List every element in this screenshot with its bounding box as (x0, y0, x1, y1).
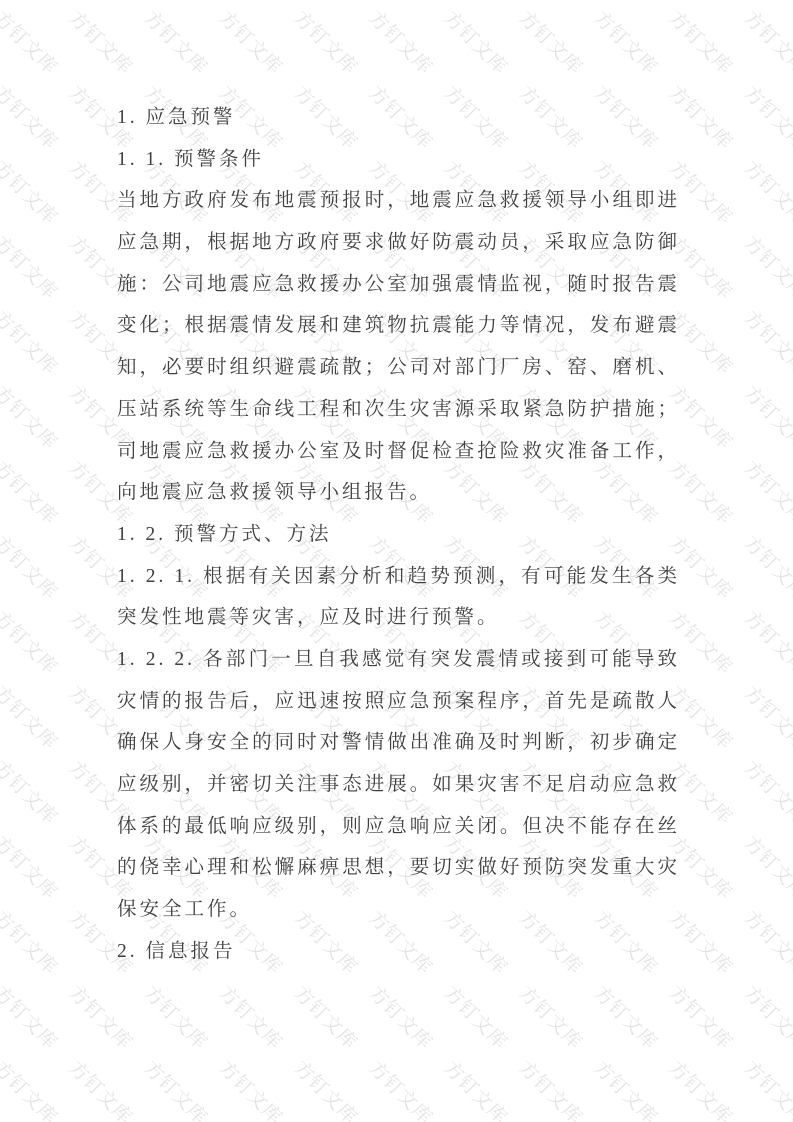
watermark-text: 方钉文库 (739, 904, 793, 980)
watermark-text: 方钉文库 (739, 979, 793, 1055)
watermark-text: 方钉文库 (0, 904, 65, 980)
watermark-text: 方钉文库 (0, 754, 65, 830)
watermark-text: 方钉文库 (139, 4, 215, 80)
text-line: 知，必要时组织避震疏散；公司对部门厂房、窑、磨机、降 (117, 347, 680, 389)
text-line: 保安全工作。 (117, 889, 680, 931)
watermark-text: 方钉文库 (0, 679, 65, 755)
text-line: 向地震应急救援领导小组报告。 (117, 472, 680, 514)
watermark-text: 方钉文库 (0, 1054, 65, 1122)
watermark-text: 方钉文库 (514, 4, 590, 80)
text-line: 压站系统等生命线工程和次生灾害源采取紧急防护措施；公 (117, 389, 680, 431)
watermark-text: 方钉文库 (739, 529, 793, 605)
watermark-text: 方钉文库 (364, 979, 440, 1055)
watermark-text: 方钉文库 (214, 1054, 290, 1122)
heading-line: 1. 1. 预警条件 (117, 139, 680, 181)
watermark-text: 方钉文库 (64, 4, 140, 80)
watermark-text: 方钉文库 (0, 4, 65, 80)
watermark-text: 方钉文库 (739, 229, 793, 305)
watermark-text: 方钉文库 (439, 4, 515, 80)
watermark-text: 方钉文库 (739, 754, 793, 830)
text-line: 当地方政府发布地震预报时，地震应急救援领导小组即进入 (117, 180, 680, 222)
text-line: 1. 2. 1. 根据有关因素分析和趋势预测，有可能发生各类重大 (117, 556, 680, 598)
document-page: 方钉文库方钉文库方钉文库方钉文库方钉文库方钉文库方钉文库方钉文库方钉文库方钉文库… (0, 0, 793, 1122)
watermark-text: 方钉文库 (739, 829, 793, 905)
watermark-text: 方钉文库 (289, 4, 365, 80)
watermark-text: 方钉文库 (739, 379, 793, 455)
watermark-text: 方钉文库 (514, 1054, 590, 1122)
watermark-text: 方钉文库 (364, 1054, 440, 1122)
watermark-text: 方钉文库 (739, 1054, 793, 1122)
text-line: 施：公司地震应急救援办公室加强震情监视，随时报告震情 (117, 264, 680, 306)
watermark-text: 方钉文库 (739, 304, 793, 380)
watermark-text: 方钉文库 (64, 979, 140, 1055)
text-line: 体系的最低响应级别，则应急响应关闭。但决不能存在丝毫 (117, 806, 680, 848)
watermark-text: 方钉文库 (289, 979, 365, 1055)
heading-line: 1. 2. 预警方式、方法 (117, 514, 680, 556)
text-line: 应急期，根据地方政府要求做好防震动员，采取应急防御措 (117, 222, 680, 264)
watermark-text: 方钉文库 (589, 979, 665, 1055)
watermark-text: 方钉文库 (439, 979, 515, 1055)
watermark-text: 方钉文库 (139, 1054, 215, 1122)
watermark-text: 方钉文库 (589, 4, 665, 80)
watermark-text: 方钉文库 (739, 79, 793, 155)
watermark-text: 方钉文库 (0, 154, 65, 230)
watermark-text: 方钉文库 (0, 79, 65, 155)
watermark-text: 方钉文库 (0, 604, 65, 680)
watermark-text: 方钉文库 (214, 979, 290, 1055)
watermark-text: 方钉文库 (0, 829, 65, 905)
watermark-text: 方钉文库 (139, 979, 215, 1055)
text-line: 灾情的报告后，应迅速按照应急预案程序，首先是疏散人员， (117, 681, 680, 723)
watermark-text: 方钉文库 (439, 1054, 515, 1122)
text-line: 突发性地震等灾害，应及时进行预警。 (117, 597, 680, 639)
watermark-text: 方钉文库 (0, 454, 65, 530)
heading-line: 2. 信息报告 (117, 931, 680, 973)
text-line: 变化；根据震情发展和建筑物抗震能力等情况，发布避震通 (117, 305, 680, 347)
text-line: 确保人身安全的同时对警情做出准确及时判断，初步确定响 (117, 722, 680, 764)
watermark-text: 方钉文库 (664, 4, 740, 80)
watermark-text: 方钉文库 (514, 979, 590, 1055)
watermark-text: 方钉文库 (0, 979, 65, 1055)
watermark-text: 方钉文库 (664, 979, 740, 1055)
document-content: 1. 应急预警1. 1. 预警条件当地方政府发布地震预报时，地震应急救援领导小组… (117, 97, 680, 972)
watermark-text: 方钉文库 (0, 379, 65, 455)
watermark-text: 方钉文库 (739, 154, 793, 230)
text-line: 的侥幸心理和松懈麻痹思想，要切实做好预防突发重大灾害 (117, 847, 680, 889)
text-line: 1. 2. 2. 各部门一旦自我感觉有突发震情或接到可能导致重大 (117, 639, 680, 681)
watermark-text: 方钉文库 (664, 1054, 740, 1122)
watermark-text: 方钉文库 (739, 4, 793, 80)
watermark-text: 方钉文库 (0, 229, 65, 305)
text-line: 应级别，并密切关注事态进展。如果灾害不足启动应急救援 (117, 764, 680, 806)
watermark-text: 方钉文库 (739, 604, 793, 680)
watermark-text: 方钉文库 (214, 4, 290, 80)
heading-line: 1. 应急预警 (117, 97, 680, 139)
watermark-text: 方钉文库 (739, 454, 793, 530)
watermark-text: 方钉文库 (589, 1054, 665, 1122)
watermark-text: 方钉文库 (364, 4, 440, 80)
watermark-text: 方钉文库 (739, 679, 793, 755)
watermark-text: 方钉文库 (0, 304, 65, 380)
watermark-text: 方钉文库 (289, 1054, 365, 1122)
text-line: 司地震应急救援办公室及时督促检查抢险救灾准备工作，并 (117, 431, 680, 473)
watermark-text: 方钉文库 (64, 1054, 140, 1122)
watermark-text: 方钉文库 (0, 529, 65, 605)
